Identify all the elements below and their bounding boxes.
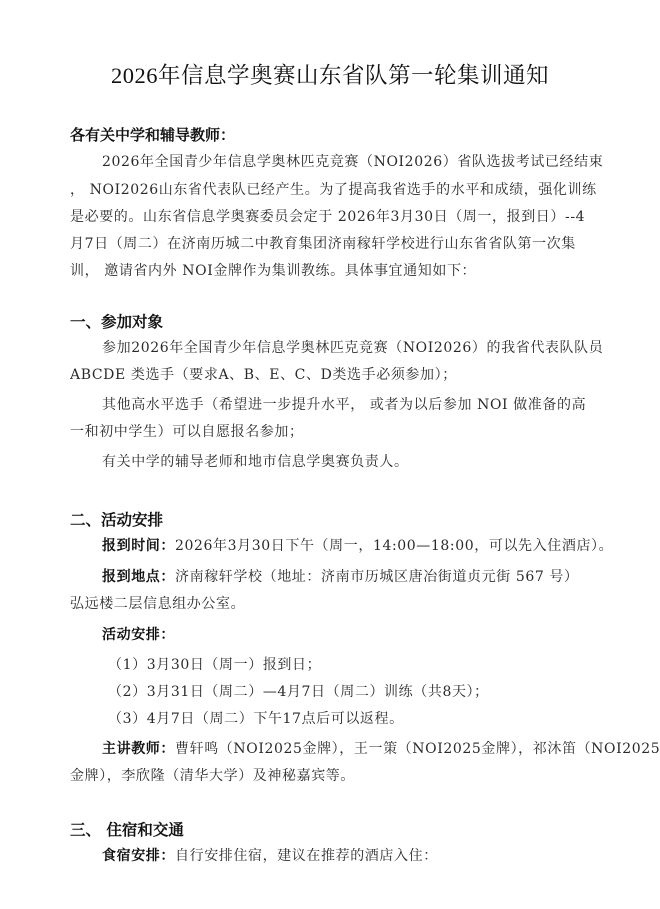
teachers-cont: 金牌），李欣隆（清华大学）及神秘嘉宾等。 bbox=[70, 765, 355, 785]
document-page: 2026年信息学奥赛山东省队第一轮集训通知 各有关中学和辅导教师： 2026年全… bbox=[0, 0, 660, 909]
checkin-time-value: 2026年3月30日下午（周一，14:00—18:00，可以先入住酒店）。 bbox=[175, 538, 613, 554]
salutation: 各有关中学和辅导教师： bbox=[70, 124, 235, 145]
section1-line-5: 有关中学的辅导老师和地市信息学奥赛负责人。 bbox=[102, 451, 409, 471]
lodging-line: 食宿安排：自行安排住宿，建议在推荐的酒店入住： bbox=[102, 845, 438, 865]
section1-heading: 一、参加对象 bbox=[70, 310, 163, 332]
checkin-time-label: 报到时间： bbox=[102, 538, 175, 554]
intro-line-4: 月7日（周二）在济南历城二中教育集团济南稼轩学校进行山东省省队第一次集 bbox=[70, 233, 576, 253]
lodging-label: 食宿安排： bbox=[102, 848, 175, 864]
schedule-item-1: （1）3月30日（周一）报到日； bbox=[108, 654, 321, 674]
intro-line-5: 训， 邀请省内外 NOI金牌作为集训教练。具体事宜通知如下： bbox=[70, 260, 476, 280]
teachers-line: 主讲教师：曹轩鸣（NOI2025金牌），王一策（NOI2025金牌），祁沐笛（N… bbox=[102, 738, 660, 758]
schedule-item-3: （3）4月7日（周二）下午17点后可以返程。 bbox=[108, 708, 404, 728]
lodging-value: 自行安排住宿，建议在推荐的酒店入住： bbox=[175, 848, 438, 864]
checkin-place-value: 济南稼轩学校（地址：济南市历城区唐冶街道贞元街 567 号） bbox=[175, 569, 579, 585]
document-title: 2026年信息学奥赛山东省队第一轮集训通知 bbox=[0, 58, 660, 90]
schedule-label: 活动安排： bbox=[102, 624, 175, 644]
section2-heading: 二、活动安排 bbox=[70, 508, 163, 530]
section1-line-1: 参加2026年全国青少年信息学奥林匹克竞赛（NOI2026）的我省代表队队员 bbox=[102, 337, 603, 357]
checkin-place-line: 报到地点：济南稼轩学校（地址：济南市历城区唐冶街道贞元街 567 号） bbox=[102, 566, 579, 586]
intro-line-2: ， NOI2026山东省代表队已经产生。为了提高我省选手的水平和成绩，强化训练 bbox=[70, 179, 597, 199]
section3-heading: 三、 住宿和交通 bbox=[70, 818, 184, 840]
checkin-place-label: 报到地点： bbox=[102, 569, 175, 585]
teachers-label: 主讲教师： bbox=[102, 741, 175, 757]
section1-line-4: 一和初中学生）可以自愿报名参加； bbox=[70, 421, 304, 441]
intro-line-3: 是必要的。山东省信息学奥赛委员会定于 2026年3月30日（周一，报到日）--4 bbox=[70, 206, 585, 226]
checkin-time-line: 报到时间：2026年3月30日下午（周一，14:00—18:00，可以先入住酒店… bbox=[102, 535, 613, 555]
schedule-item-2: （2）3月31日（周二）—4月7日（周二）训练（共8天）； bbox=[108, 681, 489, 701]
intro-line-1: 2026年全国青少年信息学奥林匹克竞赛（NOI2026）省队选拔考试已经结束 bbox=[102, 151, 603, 171]
checkin-place-cont: 弘远楼二层信息组办公室。 bbox=[70, 593, 245, 613]
section1-line-2: ABCDE 类选手（要求A、B、E、C、D类选手必须参加）； bbox=[70, 364, 457, 384]
section1-line-3: 其他高水平选手（希望进一步提升水平， 或者为以后参加 NOI 做准备的高 bbox=[102, 394, 586, 414]
teachers-value: 曹轩鸣（NOI2025金牌），王一策（NOI2025金牌），祁沐笛（NOI202… bbox=[175, 741, 660, 757]
